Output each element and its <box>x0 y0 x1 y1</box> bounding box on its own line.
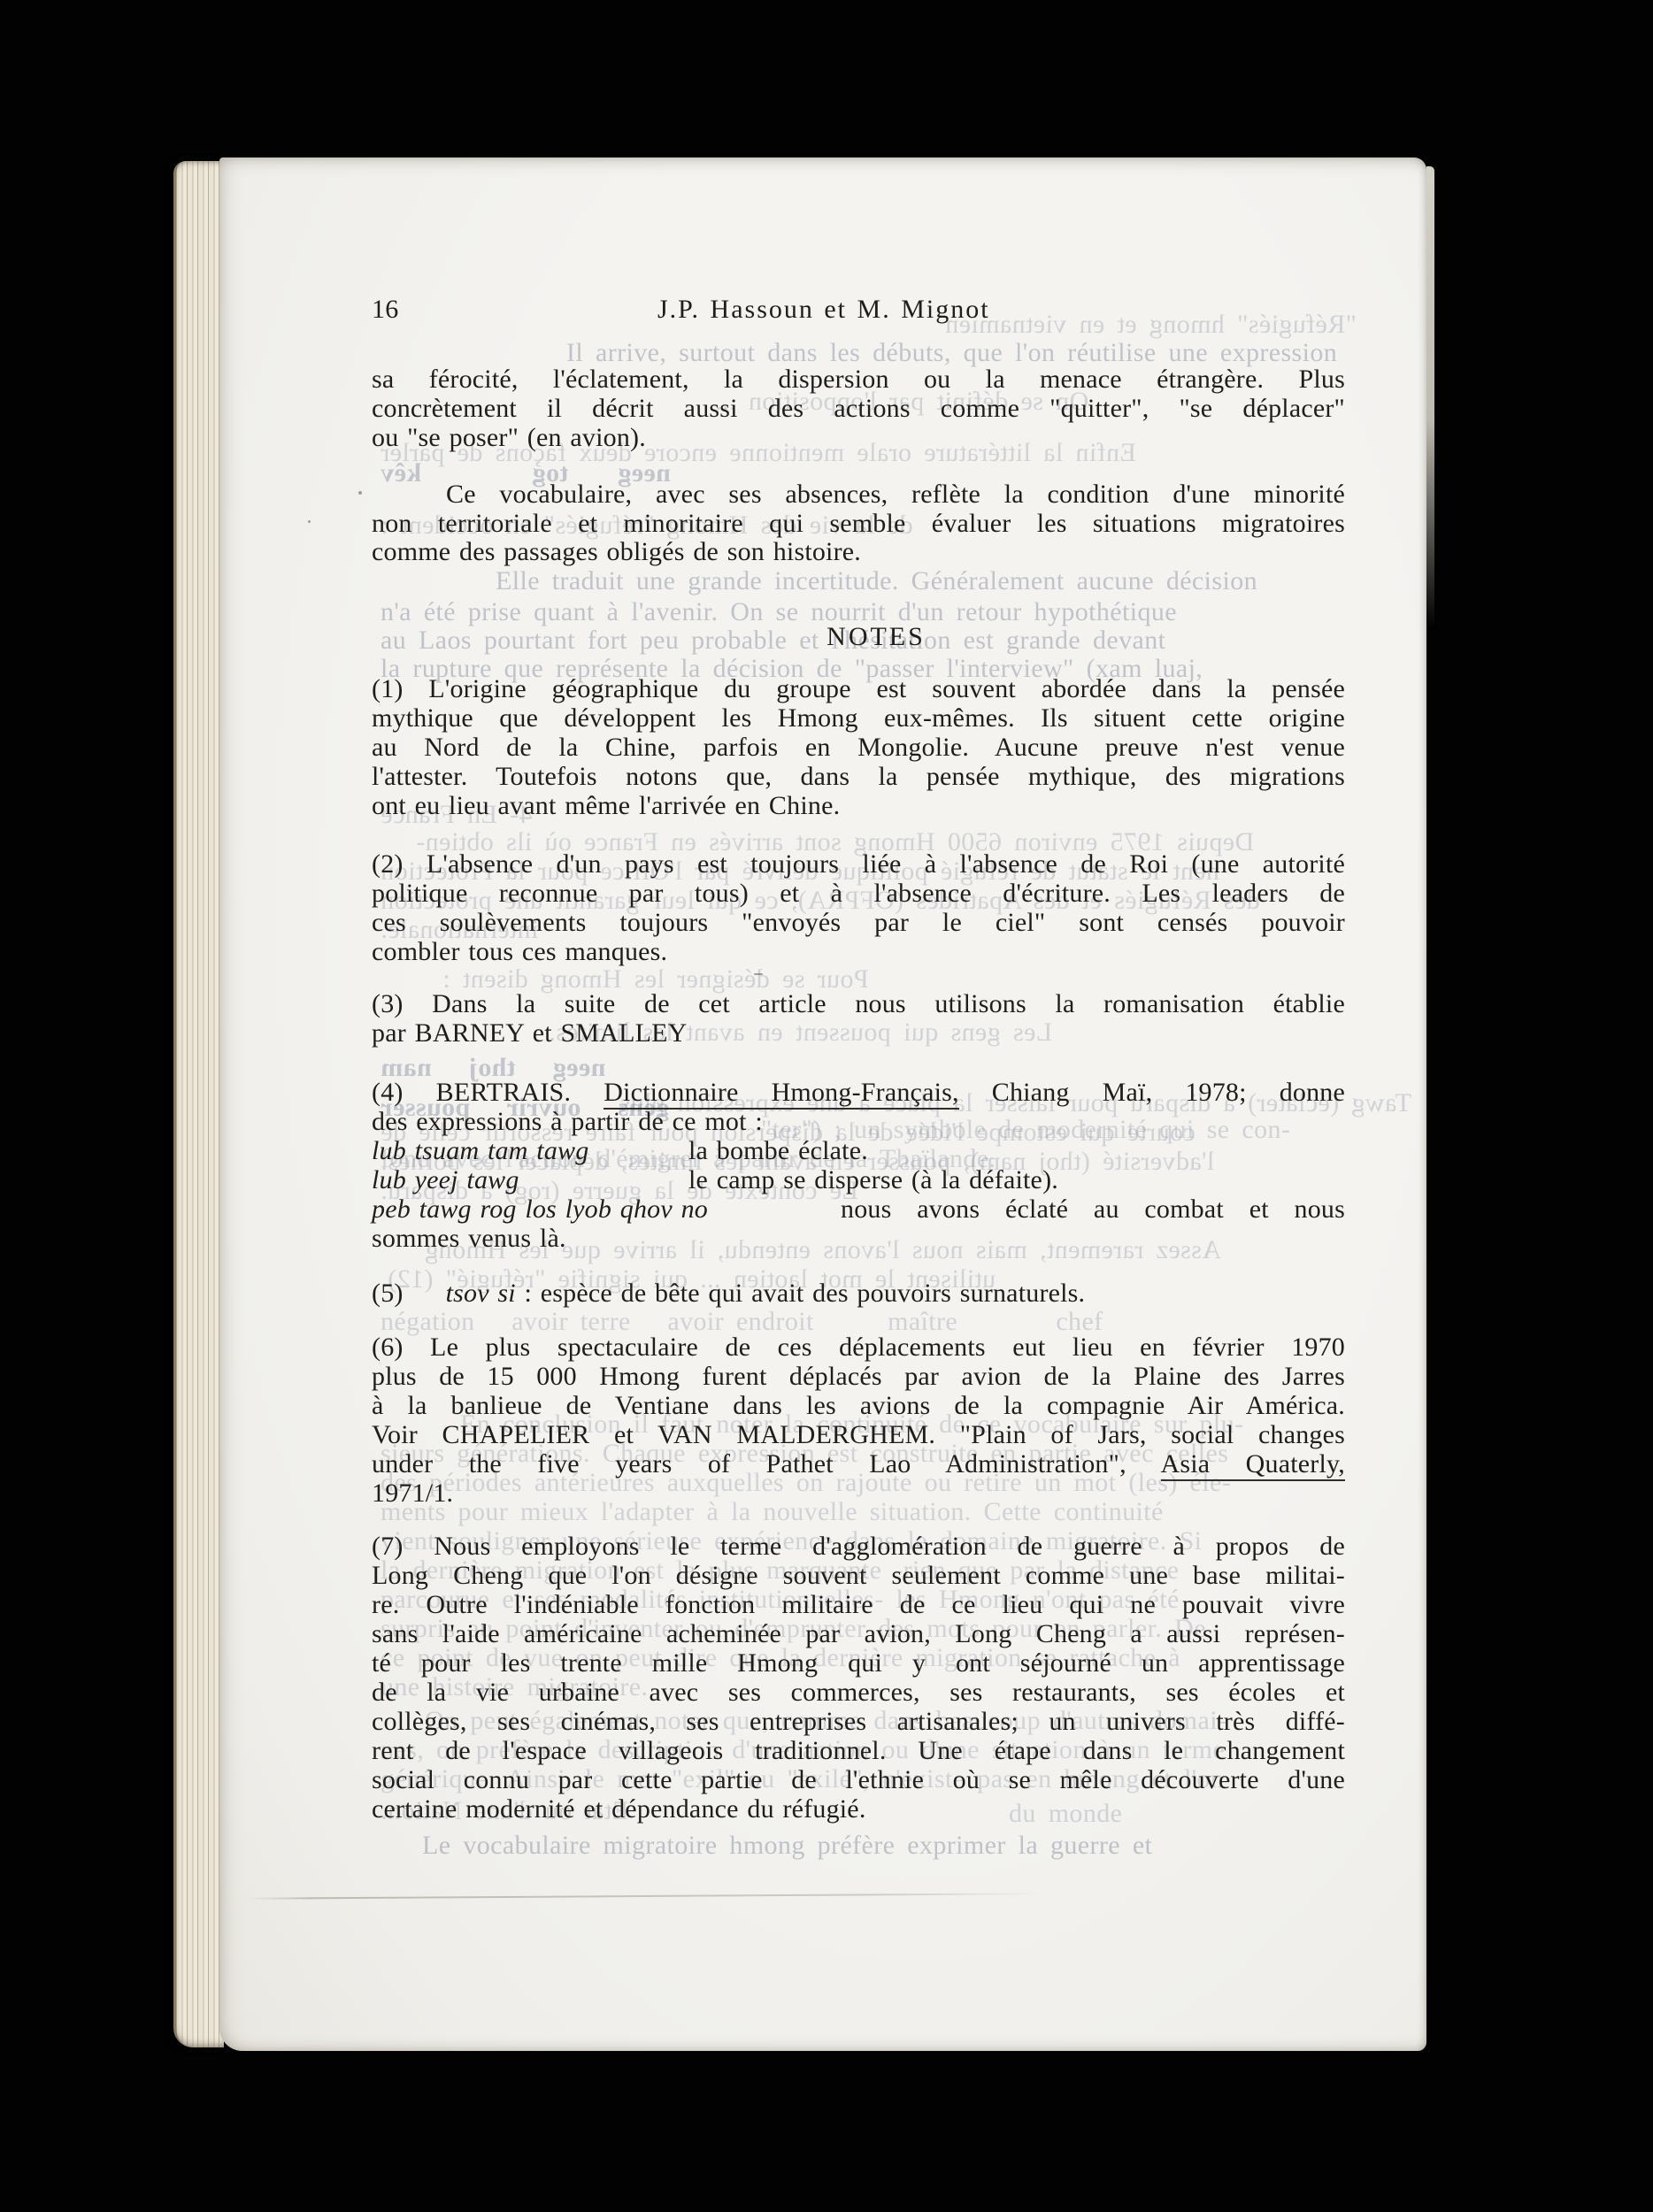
pencil-speck <box>358 491 362 495</box>
body-line: sa férocité, l'éclatement, la dispersion… <box>372 365 1345 394</box>
note-line: certaine modernité et dépendance du réfu… <box>372 1794 1345 1824</box>
hmong-term: tsov si <box>446 1279 516 1308</box>
note-text: : espèce de bête qui avait des pouvoirs … <box>516 1279 1085 1308</box>
note-line: au Nord de la Chine, parfois en Mongolie… <box>372 733 1345 762</box>
note-line: 1971/1. <box>372 1479 1345 1508</box>
note-line: under the five years of Pathet Lao Admin… <box>372 1449 1345 1479</box>
hmong-term: peb tawg rog los lyob qhov no <box>372 1194 708 1224</box>
glossary-row: sommes venus là. <box>372 1224 1345 1253</box>
hmong-term: lub yeej tawg <box>372 1165 519 1194</box>
scanned-book-photo: "Réfugiés" hmong et en vietnamienIl arri… <box>0 0 1653 2212</box>
note-text: (4) BERTRAIS. <box>372 1078 604 1107</box>
glossary-row: peb tawg rog los lyob qhov nonous avons … <box>372 1194 1345 1224</box>
note-line: ces soulèvements toujours "envoyés par l… <box>372 908 1345 937</box>
note-line: (7) Nous employons le terme d'agglomérat… <box>372 1532 1345 1561</box>
body-line: concrètement il décrit aussi des actions… <box>372 394 1345 423</box>
note-text: Chiang Maï, 1978; donne <box>959 1078 1345 1107</box>
hmong-term: lub tsuam tam tawg <box>372 1136 588 1165</box>
french-gloss: la bombe éclate. <box>688 1136 868 1165</box>
note-line: ont eu lieu avant même l'arrivée en Chin… <box>372 791 1345 820</box>
note-text: under the five years of Pathet Lao Admin… <box>372 1449 1161 1479</box>
body-line: comme des passages obligés de son histoi… <box>372 537 1345 566</box>
french-gloss: nous avons éclaté au combat et nous <box>841 1194 1345 1224</box>
next-page-edge <box>1426 166 1434 626</box>
pencil-dash <box>754 973 763 975</box>
note-line: (2) L'absence d'un pays est toujours lié… <box>372 849 1345 879</box>
underlined-citation: Dictionnaire Hmong-Français, <box>604 1078 959 1110</box>
glossary-row: lub tsuam tam tawgla bombe éclate. <box>372 1136 1345 1165</box>
note-line: sans l'aide américaine acheminée par avi… <box>372 1619 1345 1648</box>
note-line: plus de 15 000 Hmong furent déplacés par… <box>372 1362 1345 1391</box>
note-line: l'attester. Toutefois notons que, dans l… <box>372 762 1345 791</box>
pencil-speck <box>308 520 311 523</box>
note-line: Long Cheng que l'on désigne souvent seul… <box>372 1561 1345 1590</box>
note-line: mythique que développent les Hmong eux-m… <box>372 703 1345 733</box>
glossary-row: lub yeej tawgle camp se disperse (à la d… <box>372 1165 1345 1194</box>
note-line: re. Outre l'indéniable fonction militair… <box>372 1590 1345 1619</box>
note-line: social connu par cette partie de l'ethni… <box>372 1765 1345 1794</box>
note-line: rent de l'espace villageois traditionnel… <box>372 1736 1345 1765</box>
note-line: par BARNEY et SMALLEY <box>372 1018 1345 1048</box>
note-line: (5)tsov si : espèce de bête qui avait de… <box>372 1279 1345 1308</box>
running-header: J.P. Hassoun et M. Mignot <box>657 295 990 324</box>
body-line: Ce vocabulaire, avec ses absences, reflè… <box>372 480 1345 509</box>
note-line: collèges, ses cinémas, ses entreprises a… <box>372 1707 1345 1736</box>
page-number: 16 <box>372 295 398 324</box>
note-number: (5) <box>372 1279 404 1308</box>
body-line: ou "se poser" (en avion). <box>372 423 1345 452</box>
note-line: (4) BERTRAIS. Dictionnaire Hmong-Françai… <box>372 1078 1345 1107</box>
note-line: (1) L'origine géographique du groupe est… <box>372 674 1345 703</box>
note-line: de la vie urbaine avec ses commerces, se… <box>372 1678 1345 1707</box>
note-line: à la banlieue de Ventiane dans les avion… <box>372 1391 1345 1420</box>
book-page: "Réfugiés" hmong et en vietnamienIl arri… <box>219 157 1426 2051</box>
page-stack-edges <box>173 161 224 2047</box>
note-line: Voir CHAPELIER et VAN MALDERGHEM. "Plain… <box>372 1420 1345 1449</box>
notes-heading: NOTES <box>372 622 1345 651</box>
underlined-citation: Asia Quaterly, <box>1161 1449 1346 1481</box>
body-line: non territoriale et minoritaire qui semb… <box>372 509 1345 538</box>
note-line: (6) Le plus spectaculaire de ces déplace… <box>372 1333 1345 1362</box>
note-line: politique reconnue par tous) et à l'abse… <box>372 879 1345 908</box>
french-gloss: le camp se disperse (à la défaite). <box>688 1165 1058 1194</box>
note-line: (3) Dans la suite de cet article nous ut… <box>372 989 1345 1018</box>
text-column: 16 J.P. Hassoun et M. Mignot sa férocité… <box>372 157 1345 2051</box>
note-line: té pour les trente mille Hmong qui y ont… <box>372 1648 1345 1678</box>
note-line: combler tous ces manques. <box>372 937 1345 966</box>
note-line: des expressions à partir de ce mot : <box>372 1107 1345 1136</box>
